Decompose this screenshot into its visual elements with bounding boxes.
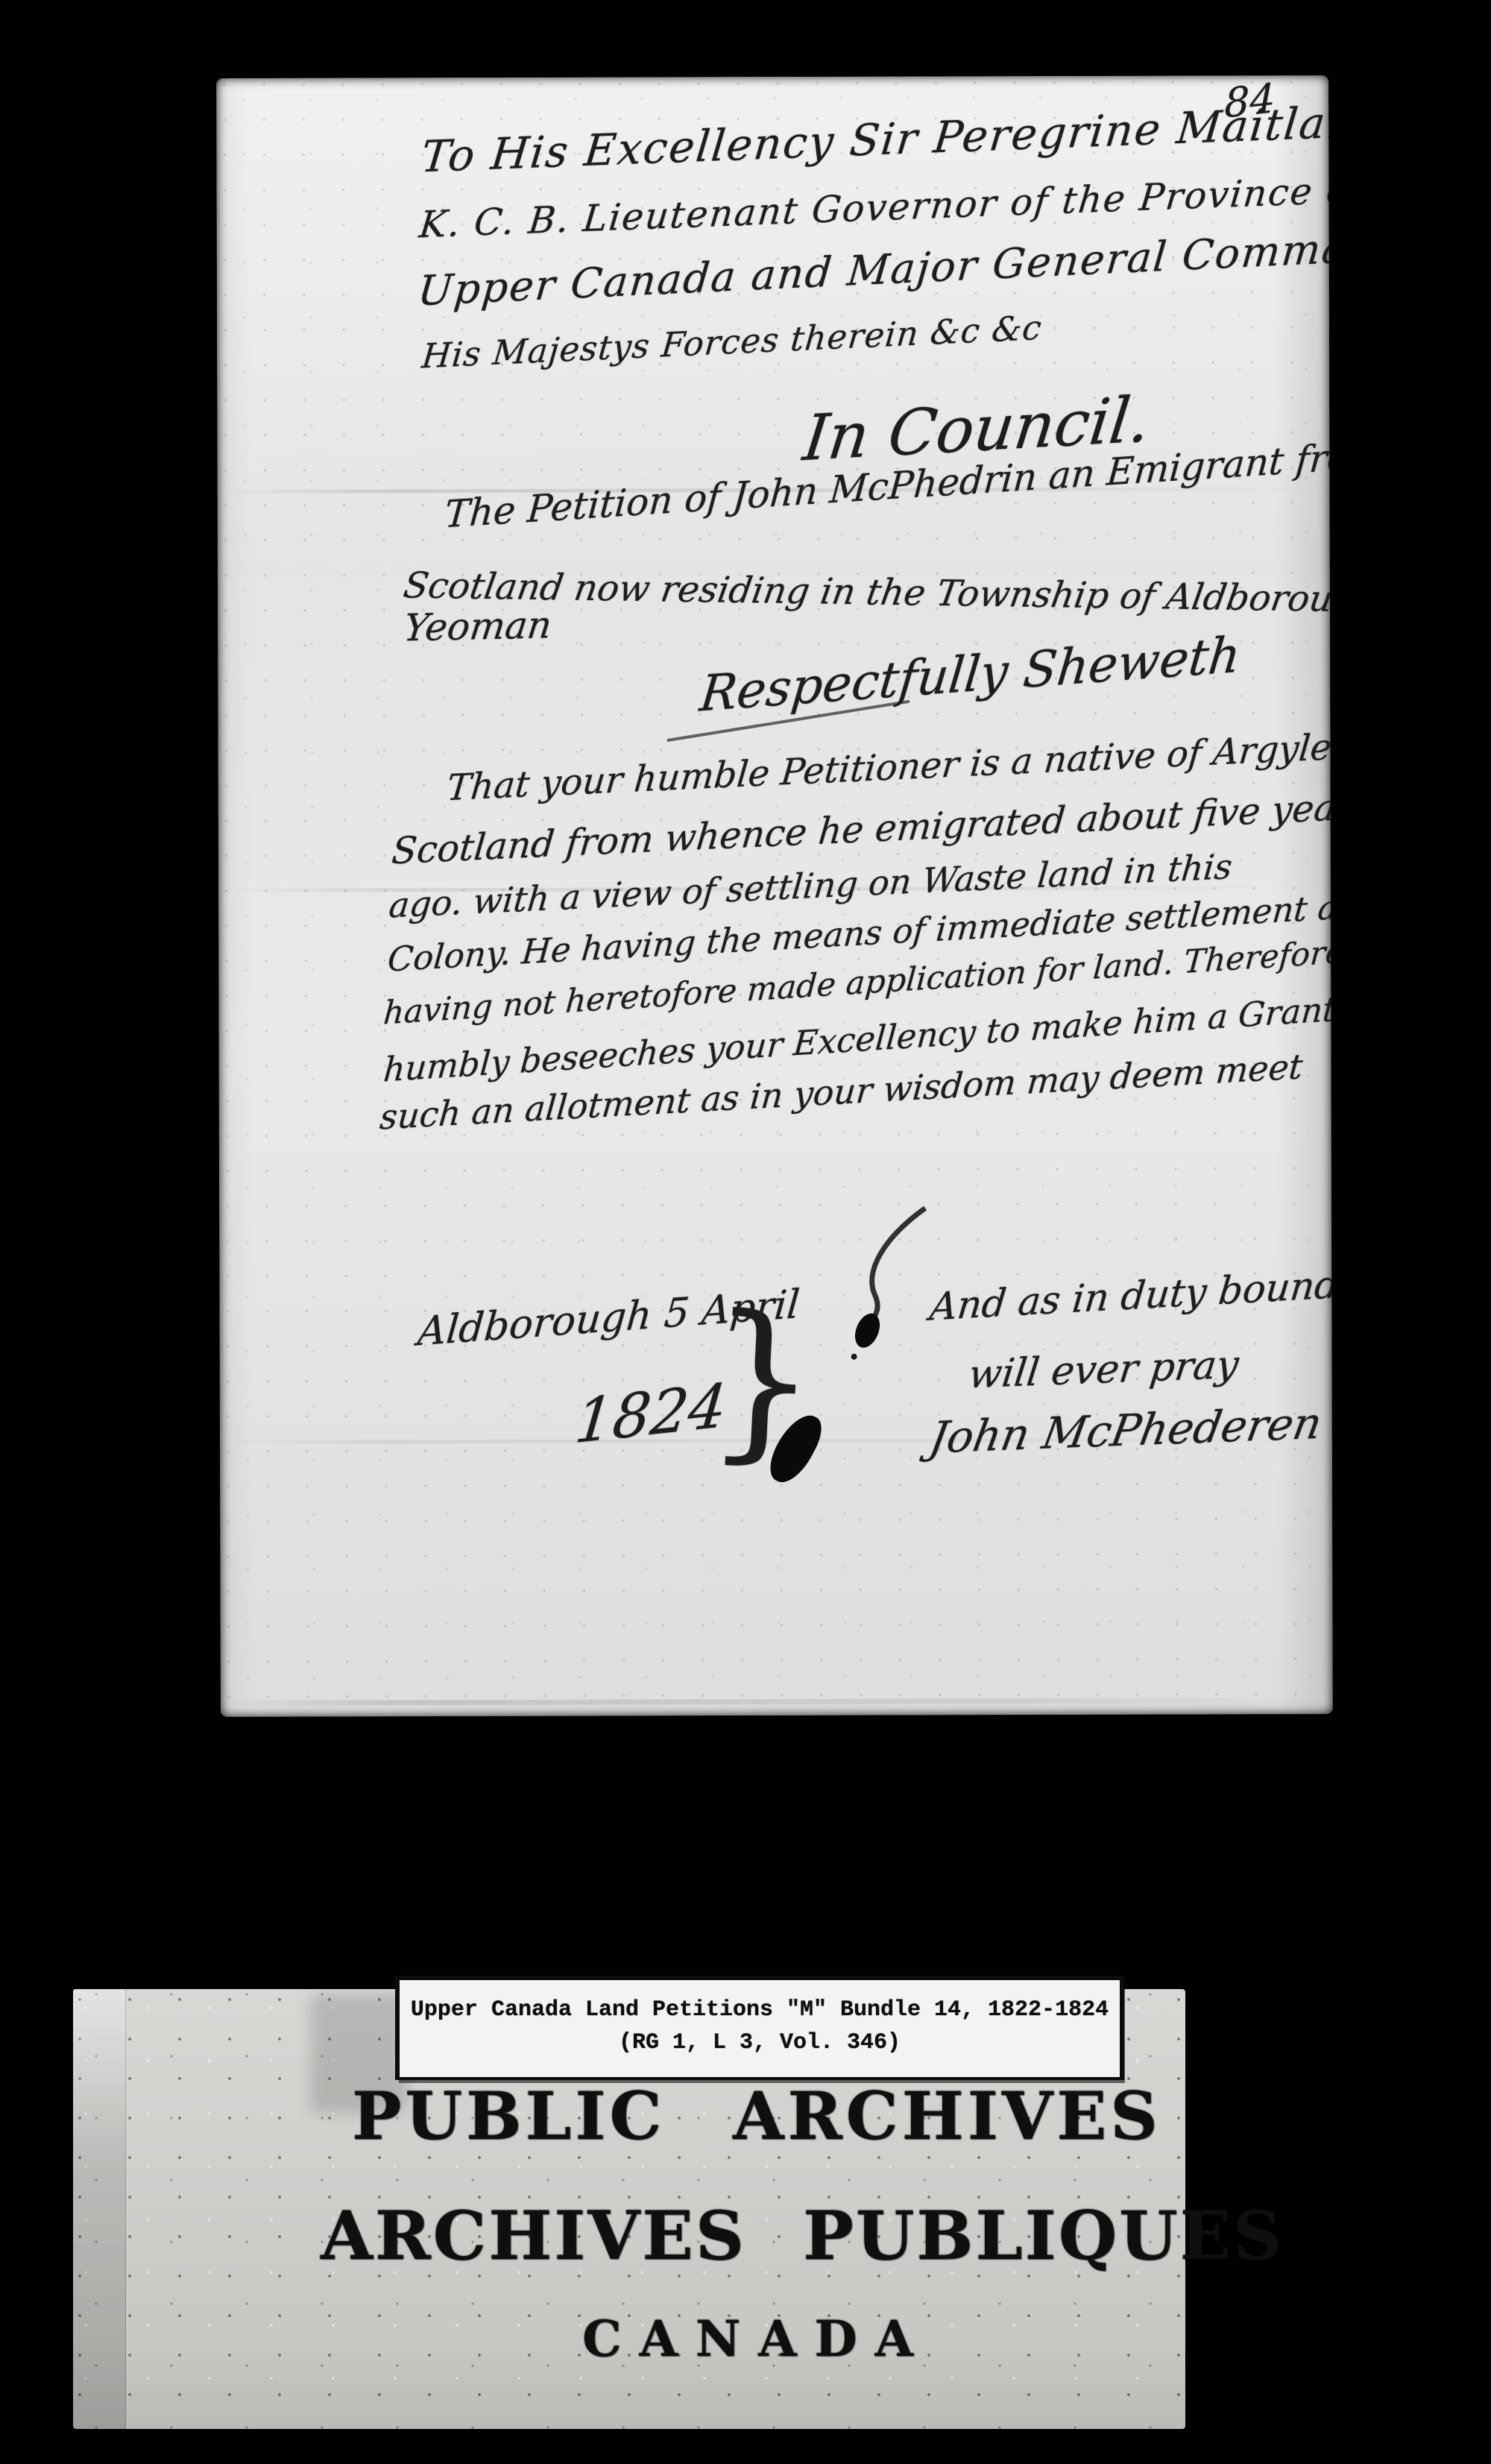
stamp-canada: CANADA: [321, 2310, 1193, 2368]
closing-line-2: will ever pray: [966, 1343, 1241, 1398]
petitioner-occupation: Yeoman: [402, 603, 555, 649]
address-line-4: His Majestys Forces therein &c &c: [420, 308, 1044, 376]
archive-label-line-2: (RG 1, L 3, Vol. 346): [400, 2026, 1120, 2059]
paper-crease: [221, 1698, 1333, 1706]
address-line-1: To His Excellency Sir Peregrine Maitland: [419, 95, 1333, 183]
film-edge-strip: [73, 1989, 126, 2429]
petitioner-signature: John McPhederen: [926, 1398, 1325, 1463]
stamp-public-archives: PUBLIC ARCHIVES: [321, 2077, 1193, 2155]
petition-sheet: 84 To His Excellency Sir Peregrine Maitl…: [216, 75, 1333, 1717]
stamp-archives-publiques: ARCHIVES PUBLIQUES: [321, 2196, 1193, 2275]
closing-line-1: And as in duty bound: [927, 1263, 1332, 1330]
archive-label-line-1: Upper Canada Land Petitions "M" Bundle 1…: [400, 1994, 1120, 2026]
salutation: Respectfully Sheweth: [697, 626, 1243, 722]
archive-label-box: Upper Canada Land Petitions "M" Bundle 1…: [395, 1976, 1124, 2080]
